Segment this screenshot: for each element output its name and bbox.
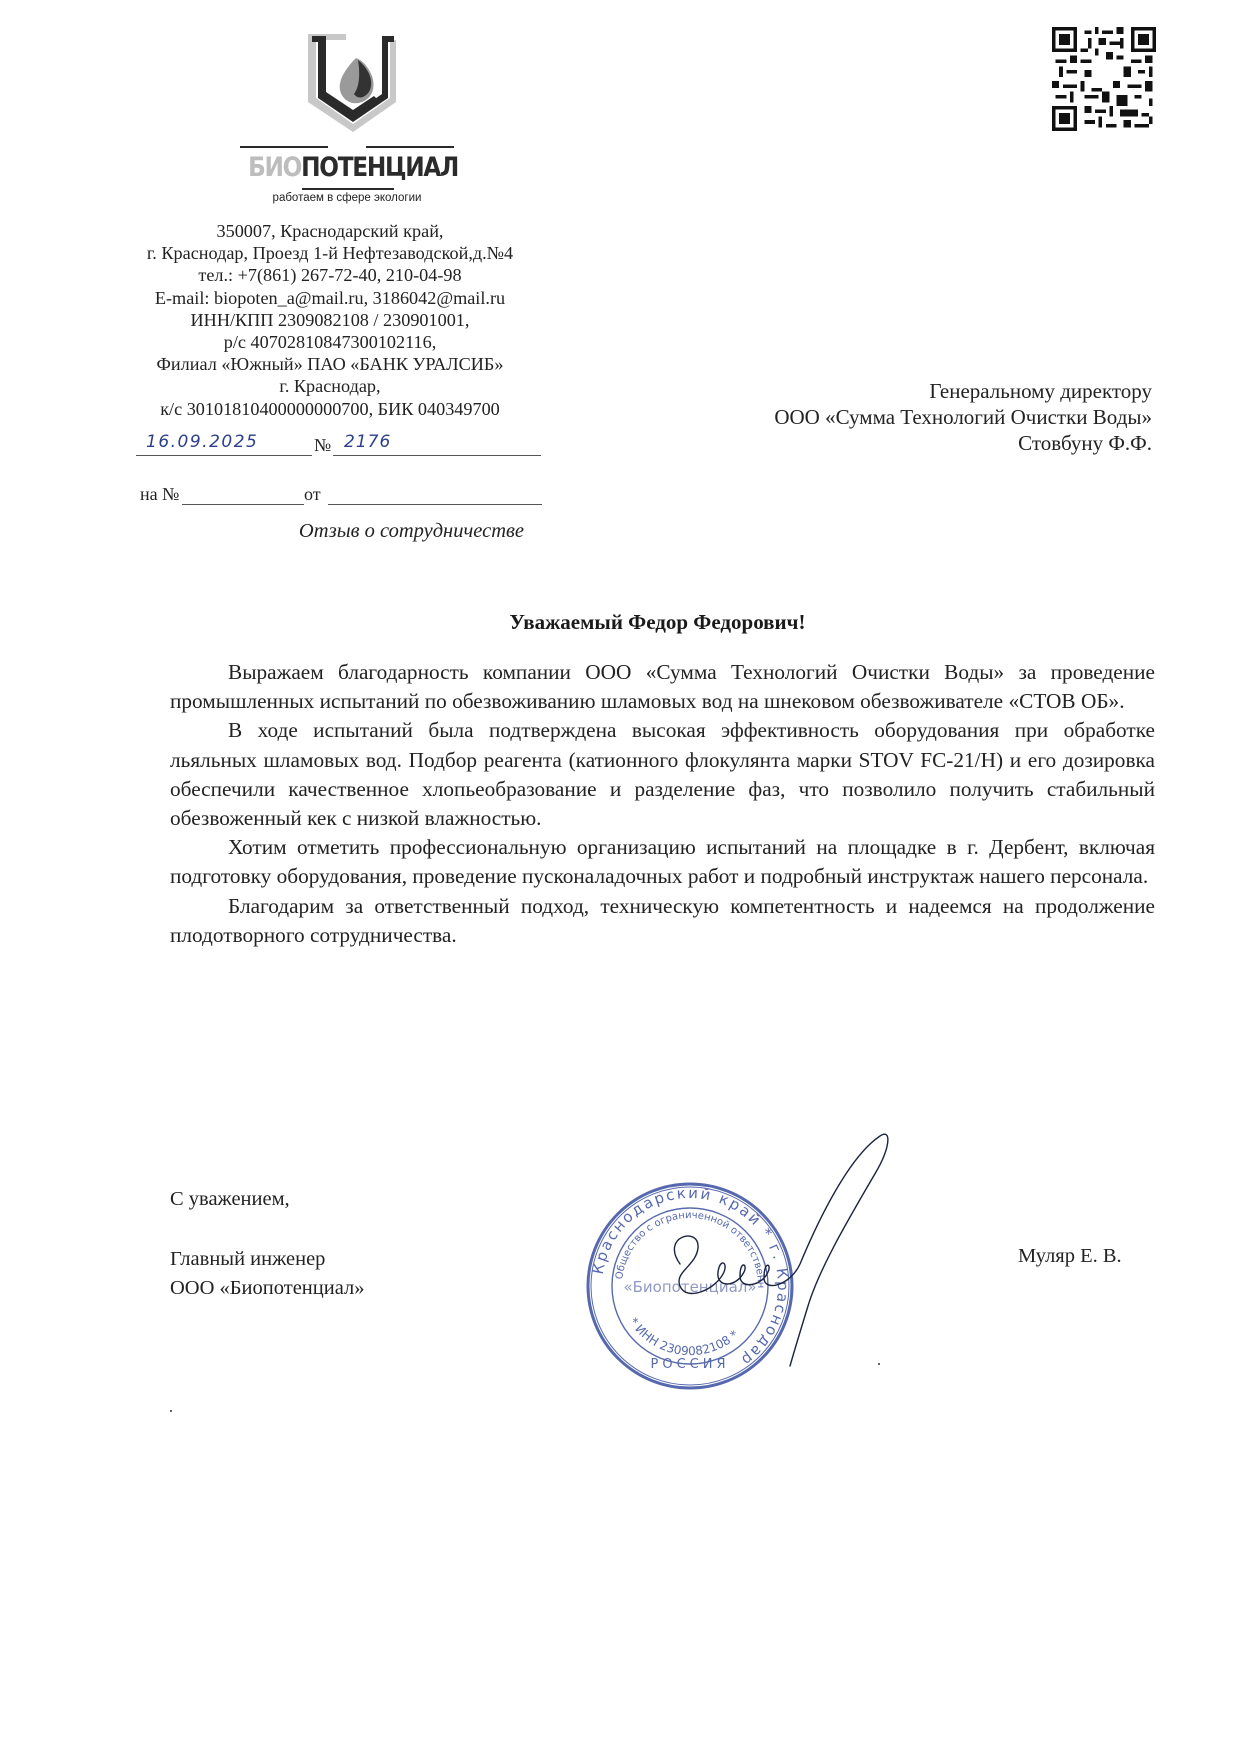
signer-title: Главный инженер ООО «Биопотенциал» (170, 1245, 364, 1303)
salutation: Уважаемый Федор Федорович! (160, 610, 1155, 635)
company-logo: БИОПОТЕНЦИАЛ работаем в сфере экологии (232, 28, 462, 208)
number-underline (333, 455, 541, 456)
sender-line: 350007, Краснодарский край, (112, 220, 548, 242)
sender-line: р/с 40702810847300102116, (112, 331, 548, 353)
recipient-block: Генеральному директору ООО «Сумма Технол… (640, 378, 1152, 456)
handwritten-signature-icon (640, 1126, 940, 1386)
reference-number-label: на № (140, 484, 179, 505)
recipient-line: Генеральному директору (640, 378, 1152, 404)
sender-line: Филиал «Южный» ПАО «БАНК УРАЛСИБ» (112, 353, 548, 375)
recipient-line: Стовбуну Ф.Ф. (640, 430, 1152, 456)
sender-line: ИНН/КПП 2309082108 / 230901001, (112, 309, 548, 331)
scan-speck (878, 1363, 880, 1365)
letter-subject: Отзыв о сотрудничестве (112, 520, 524, 543)
recipient-line: ООО «Сумма Технологий Очистки Воды» (640, 404, 1152, 430)
reference-from-label: от (304, 484, 321, 505)
shield-drop-icon (298, 28, 408, 134)
registration-date: 16.09.2025 (146, 432, 258, 452)
registration-number-label: № (314, 435, 331, 456)
registration-line: 16.09.2025 № 2176 (136, 432, 541, 460)
registration-number: 2176 (344, 432, 391, 452)
sender-details: 350007, Краснодарский край, г. Краснодар… (112, 220, 548, 420)
date-underline (136, 455, 312, 456)
body-paragraph: В ходе испытаний была подтверждена высок… (170, 716, 1155, 833)
sender-line: E-mail: biopoten_a@mail.ru, 3186042@mail… (112, 287, 548, 309)
logo-divider (366, 146, 454, 148)
sender-line: г. Краснодар, (112, 375, 548, 397)
signer-name: Муляр Е. В. (1018, 1245, 1122, 1268)
sender-line: к/с 30101810400000000700, БИК 040349700 (112, 398, 548, 420)
reference-line: на № от (140, 484, 542, 508)
body-paragraph: Благодарим за ответственный подход, техн… (170, 892, 1155, 950)
scan-speck (170, 1410, 172, 1412)
logo-divider (240, 146, 328, 148)
signer-organization: ООО «Биопотенциал» (170, 1274, 364, 1303)
reference-date-underline (328, 504, 542, 505)
sender-line: г. Краснодар, Проезд 1-й Нефтезаводской,… (112, 242, 548, 264)
qr-code-icon (1052, 27, 1156, 131)
logo-wordmark: БИОПОТЕНЦИАЛ (248, 152, 446, 183)
logo-tagline: работаем в сфере экологии (232, 192, 462, 204)
sender-line: тел.: +7(861) 267-72-40, 210-04-98 (112, 264, 548, 286)
letter-body: Выражаем благодарность компании ООО «Сум… (170, 658, 1155, 950)
body-paragraph: Хотим отметить профессиональную организа… (170, 833, 1155, 891)
signer-position: Главный инженер (170, 1245, 364, 1274)
closing: С уважением, (170, 1188, 290, 1211)
logo-divider (302, 188, 394, 190)
reference-number-underline (182, 504, 304, 505)
body-paragraph: Выражаем благодарность компании ООО «Сум… (170, 658, 1155, 716)
